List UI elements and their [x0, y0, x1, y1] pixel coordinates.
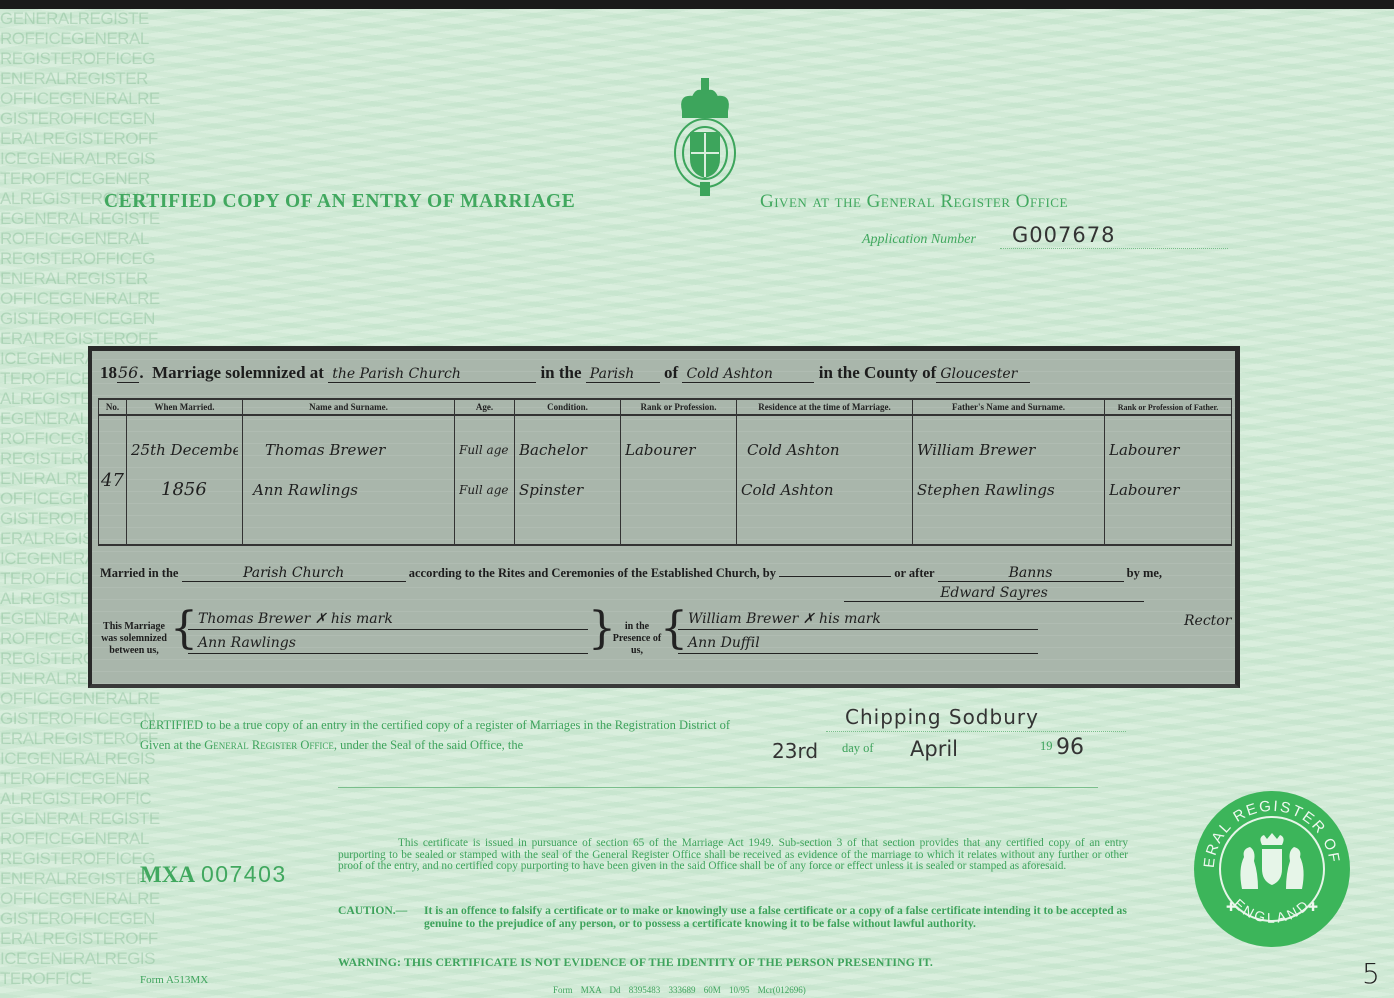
form-code: Form A513MX: [140, 974, 208, 986]
or-after-label: or after: [894, 566, 934, 580]
bride-condition: Spinster: [519, 470, 616, 510]
ages-cell: Full age Full age: [455, 415, 515, 545]
bride-name: Ann Rawlings: [247, 470, 450, 510]
table-header-row: No. When Married. Name and Surname. Age.…: [99, 399, 1232, 415]
year-prefix: 18: [100, 363, 117, 382]
legal-notice: This certificate is issued in pursuance …: [338, 838, 1128, 873]
serial-number: 007403: [201, 861, 287, 887]
entry-number: 47: [99, 415, 127, 545]
column-header: Name and Surname.: [243, 399, 455, 415]
column-header: Rank or Profession of Father.: [1105, 399, 1232, 415]
caution-text: It is an offence to falsify a certificat…: [338, 904, 1128, 930]
district-line: [826, 731, 1126, 732]
married-in-value: Parish Church: [182, 565, 406, 582]
column-header: Condition.: [515, 399, 621, 415]
caution-notice: CAUTION.— It is an offence to falsify a …: [338, 904, 1128, 930]
or-after-value: Banns: [938, 565, 1124, 582]
given-at-statement: Given at the General Register Office, un…: [140, 738, 523, 753]
table-row: 47 25th December 1856 Thomas Brewer Ann …: [99, 415, 1232, 545]
issue-month-value: April: [910, 737, 958, 761]
presence-label: in the Presence of us,: [612, 621, 662, 657]
father-name-cell: William Brewer Stephen Rawlings: [913, 415, 1105, 545]
application-number-line: [1000, 248, 1228, 249]
by-me-label: by me,: [1127, 566, 1162, 580]
profession-cell: Labourer: [621, 415, 737, 545]
parish-name-value: Cold Ashton: [682, 366, 814, 383]
caution-lead: CAUTION.—: [338, 904, 424, 917]
married-in-label: Married in the: [100, 566, 178, 580]
register-heading: 1856. Marriage solemnized at the Parish …: [100, 363, 1030, 383]
of-label: of: [664, 363, 678, 382]
groom-father: William Brewer: [917, 430, 1100, 470]
parish-type-value: Parish: [586, 366, 660, 383]
issuing-office-title: Given at the General Register Office: [760, 191, 1068, 213]
bride-profession: [625, 470, 732, 510]
party-signature-bride: Ann Rawlings: [188, 633, 588, 654]
issue-day-value: 23rd: [772, 739, 818, 763]
bride-residence: Cold Ashton: [741, 470, 908, 510]
year-prefix-label: 19: [1040, 739, 1053, 754]
party-signature-groom: Thomas Brewer ✗ his mark: [188, 609, 588, 630]
when-married-cell: 25th December 1856: [127, 415, 243, 545]
column-header: Age.: [455, 399, 515, 415]
year-suffix: 56: [117, 363, 139, 383]
register-entry-photocopy: 1856. Marriage solemnized at the Parish …: [88, 346, 1240, 688]
given-at-office: General Register Office: [204, 738, 334, 752]
issue-year-value: 96: [1056, 735, 1084, 760]
svg-text:✚: ✚: [1308, 900, 1318, 914]
column-header: When Married.: [127, 399, 243, 415]
application-number-value: G007678: [1012, 223, 1115, 247]
certified-statement: CERTIFIED to be a true copy of an entry …: [140, 718, 730, 733]
county-label: in the County of: [819, 363, 937, 382]
by-value: [779, 576, 891, 577]
certificate-sheet: GENERALREGISTEROFFICEGENERALREGISTEROFFI…: [0, 9, 1394, 998]
given-at-pre: Given at the: [140, 738, 201, 752]
column-header: Father's Name and Surname.: [913, 399, 1105, 415]
column-header: Rank or Profession.: [621, 399, 737, 415]
between-us-label: This Marriage was solemnized between us,: [98, 621, 170, 657]
bride-age: Full age: [459, 470, 510, 510]
solemnized-label: Marriage solemnized at: [152, 363, 324, 382]
application-number-label: Application Number: [862, 232, 976, 248]
rites-label: according to the Rites and Ceremonies of…: [409, 566, 776, 580]
father-profession-cell: Labourer Labourer: [1105, 415, 1232, 545]
married-in-line: Married in the Parish Church according t…: [100, 565, 1162, 582]
bride-father: Stephen Rawlings: [917, 470, 1100, 510]
officiant-title: Rector: [1184, 613, 1231, 629]
column-header: No.: [99, 399, 127, 415]
marriage-year: 1856: [131, 470, 238, 510]
in-the-label: in the: [540, 363, 581, 382]
marriage-date: 25th December: [131, 430, 238, 470]
groom-name: Thomas Brewer: [247, 430, 450, 470]
identity-warning: WARNING: THIS CERTIFICATE IS NOT EVIDENC…: [338, 955, 933, 970]
groom-condition: Bachelor: [519, 430, 616, 470]
groom-profession: Labourer: [625, 430, 732, 470]
day-of-label: day of: [842, 741, 874, 756]
serial-prefix: MXA: [140, 862, 195, 887]
witness-signature-2: Ann Duffil: [678, 633, 1038, 654]
signature-line: [338, 787, 1098, 788]
groom-age: Full age: [459, 430, 510, 470]
groom-father-profession: Labourer: [1109, 430, 1227, 470]
bride-father-profession: Labourer: [1109, 470, 1227, 510]
general-register-office-seal-icon: GENERAL REGISTER OFFICE ENGLAND ✚ ✚: [1192, 789, 1352, 949]
legal-notice-text: This certificate is issued in pursuance …: [338, 838, 1128, 873]
certificate-serial: MXA007403: [140, 861, 287, 888]
names-cell: Thomas Brewer Ann Rawlings: [243, 415, 455, 545]
county-value: Gloucester: [936, 366, 1030, 383]
witness-signature-1: William Brewer ✗ his mark: [678, 609, 1038, 630]
officiant-name: Edward Sayres: [844, 585, 1144, 602]
printer-code: Form MXA Dd 8395483 333689 60M 10/95 Mcr…: [553, 985, 806, 995]
svg-text:✚: ✚: [1226, 900, 1236, 914]
registration-district-value: Chipping Sodbury: [845, 705, 1039, 729]
royal-crest-icon: [665, 75, 745, 197]
certificate-title: CERTIFIED COPY OF AN ENTRY OF MARRIAGE: [104, 191, 575, 213]
place-value: the Parish Church: [328, 366, 536, 383]
column-header: Residence at the time of Marriage.: [737, 399, 913, 415]
given-at-post: , under the Seal of the said Office, the: [334, 738, 523, 752]
register-entries-table: No. When Married. Name and Surname. Age.…: [98, 398, 1232, 546]
condition-cell: Bachelor Spinster: [515, 415, 621, 545]
residence-cell: Cold Ashton Cold Ashton: [737, 415, 913, 545]
page-number-mark: 5: [1362, 957, 1380, 990]
groom-residence: Cold Ashton: [741, 430, 908, 470]
